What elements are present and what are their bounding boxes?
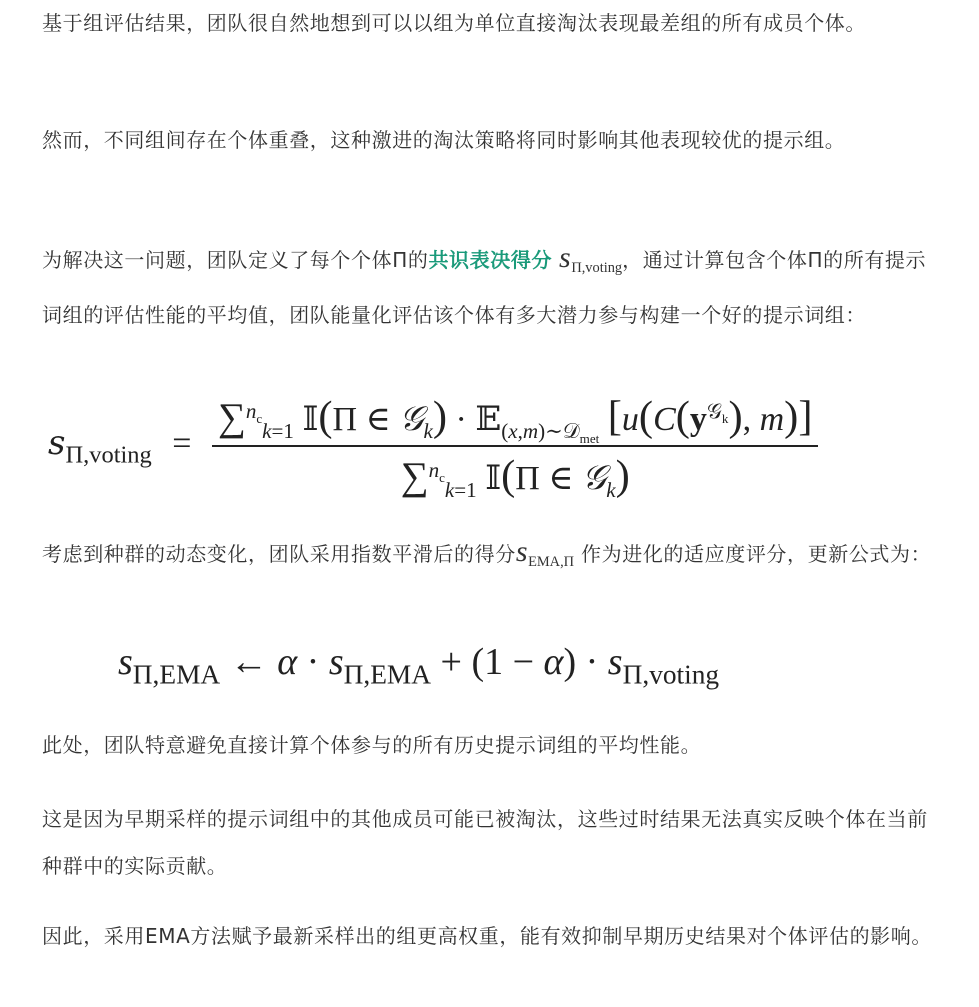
math-subscript-ema-pi: EMA,Π: [528, 554, 574, 570]
math-symbol-s: s: [559, 241, 571, 274]
equation-voting-score: sΠ,voting = ∑nck=1 𝕀(Π ∈ 𝒢k) · 𝔼(x,m)∼𝒟m…: [48, 392, 818, 500]
paragraph-group-elimination: 基于组评估结果，团队很自然地想到可以以组为单位直接淘汰表现最差组的所有成员个体。: [42, 0, 942, 47]
paragraph-avoid-history-average: 此处，团队特意避免直接计算个体参与的所有历史提示词组的平均性能。: [42, 722, 942, 769]
math-symbol-s: s: [516, 535, 528, 568]
math-subscript-voting: Π,voting: [571, 260, 622, 276]
eq-denominator: ∑nck=1 𝕀(Π ∈ 𝒢k): [212, 447, 819, 500]
paragraph-voting-score-definition: 为解决这一问题，团队定义了每个个体Π的共识表决得分 sΠ,voting，通过计算…: [42, 234, 942, 339]
equation-ema-update: sΠ,EMA ← α · sΠ,EMA + (1 − α) · sΠ,votin…: [118, 640, 719, 691]
paragraph-outdated-results: 这是因为早期采样的提示词组中的其他成员可能已被淘汰，这些过时结果无法真实反映个体…: [42, 796, 942, 890]
text-segment: 作为进化的适应度评分，更新公式为：: [581, 542, 931, 566]
highlight-term-voting-score: 共识表决得分: [428, 248, 552, 272]
eq-fraction: ∑nck=1 𝕀(Π ∈ 𝒢k) · 𝔼(x,m)∼𝒟met [u(C(y𝒢k)…: [212, 392, 819, 500]
paragraph-ema-intro: 考虑到种群的动态变化，团队采用指数平滑后的得分sEMA,Π 作为进化的适应度评分…: [42, 528, 942, 586]
eq-numerator: ∑nck=1 𝕀(Π ∈ 𝒢k) · 𝔼(x,m)∼𝒟met [u(C(y𝒢k)…: [212, 392, 819, 447]
eq-lhs-subscript: Π,voting: [65, 441, 151, 468]
paragraph-overlap-issue: 然而，不同组间存在个体重叠，这种激进的淘汰策略将同时影响其他表现较优的提示组。: [42, 117, 942, 164]
text-segment: 为解决这一问题，团队定义了每个个体Π的: [42, 248, 428, 272]
eq-equals: =: [172, 425, 191, 462]
eq-lhs-s: s: [48, 423, 65, 463]
text-segment: 考虑到种群的动态变化，团队采用指数平滑后的得分: [42, 542, 516, 566]
paragraph-ema-conclusion: 因此，采用EMA方法赋予最新采样出的组更高权重，能有效抑制早期历史结果对个体评估…: [42, 913, 942, 960]
